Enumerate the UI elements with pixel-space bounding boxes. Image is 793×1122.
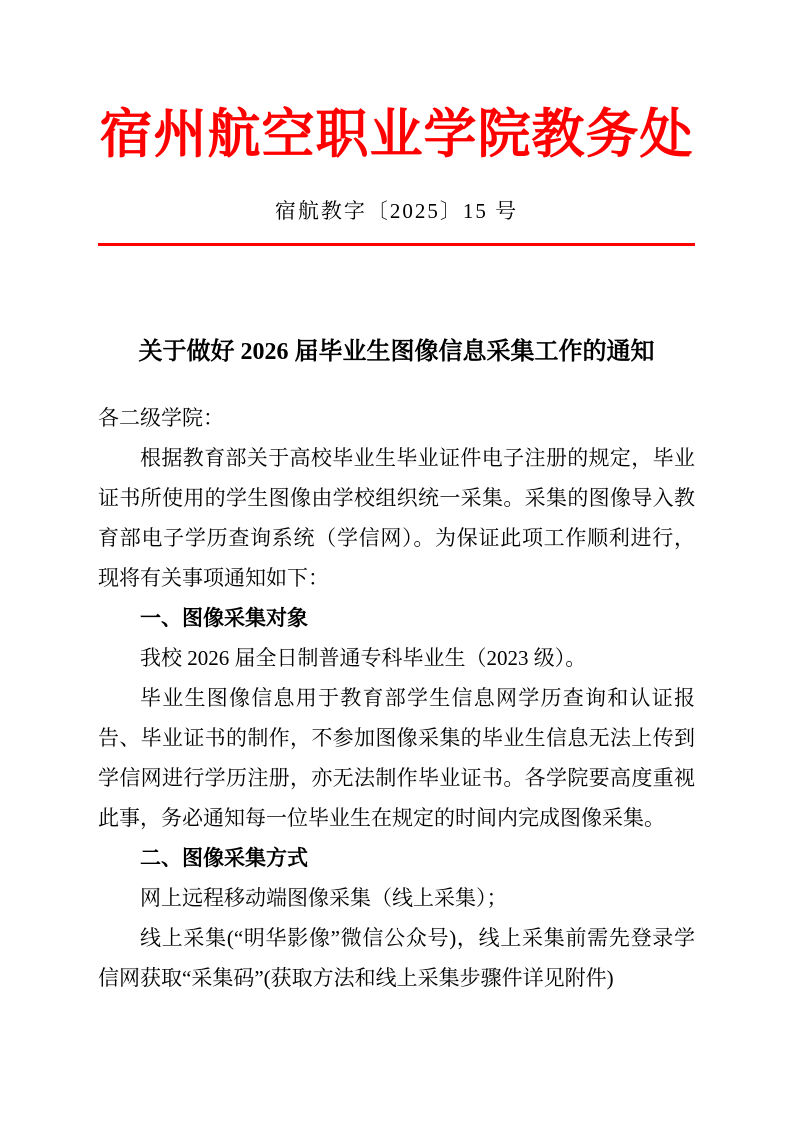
paragraph-intro: 根据教育部关于高校毕业生毕业证件电子注册的规定，毕业证书所使用的学生图像由学校组… xyxy=(98,438,695,598)
notice-body: 各二级学院： 根据教育部关于高校毕业生毕业证件电子注册的规定，毕业证书所使用的学… xyxy=(98,398,695,998)
document-number: 宿航教字〔2025〕15 号 xyxy=(98,197,695,225)
paragraph-collection-target: 我校 2026 届全日制普通专科毕业生（2023 级）。 xyxy=(98,638,695,678)
salutation: 各二级学院： xyxy=(98,398,695,438)
section-heading-2: 二、图像采集方式 xyxy=(98,838,695,878)
document-page: 宿州航空职业学院教务处 宿航教字〔2025〕15 号 关于做好 2026 届毕业… xyxy=(0,0,793,1122)
paragraph-collection-steps: 线上采集(“明华影像”微信公众号)，线上采集前需先登录学信网获取“采集码”(获取… xyxy=(98,918,695,998)
paragraph-image-usage: 毕业生图像信息用于教育部学生信息网学历查询和认证报告、毕业证书的制作，不参加图像… xyxy=(98,678,695,838)
section-heading-1: 一、图像采集对象 xyxy=(98,598,695,638)
red-divider-rule xyxy=(98,243,695,246)
paragraph-online-collection: 网上远程移动端图像采集（线上采集）； xyxy=(98,878,695,918)
notice-title: 关于做好 2026 届毕业生图像信息采集工作的通知 xyxy=(98,336,695,368)
agency-letterhead-title: 宿州航空职业学院教务处 xyxy=(98,104,695,167)
